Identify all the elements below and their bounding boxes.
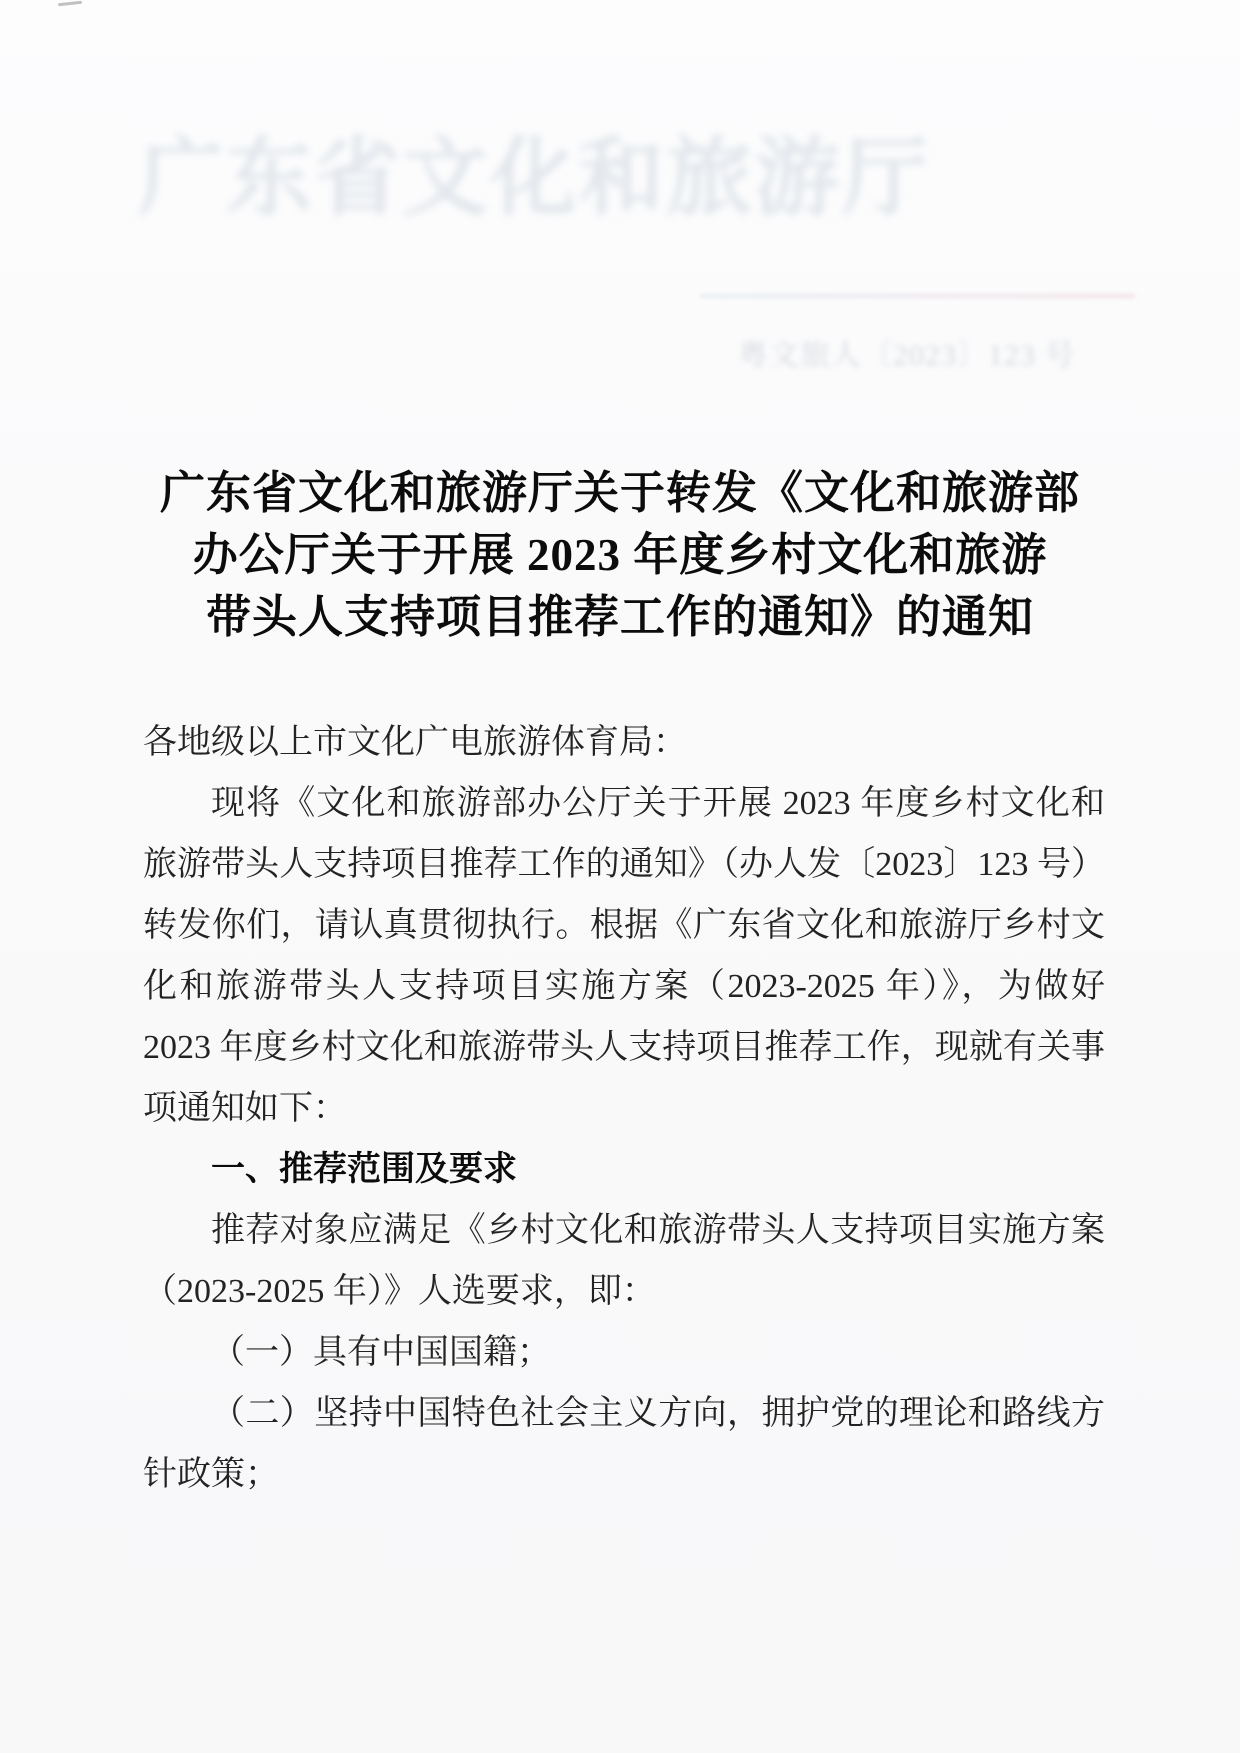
ghost-letterhead-rule (700, 294, 1135, 298)
document-title: 广东省文化和旅游厅关于转发《文化和旅游部 办公厅关于开展 2023 年度乡村文化… (0, 462, 1240, 648)
document-title-line-1: 广东省文化和旅游厅关于转发《文化和旅游部 (0, 462, 1240, 524)
document-title-line-3: 带头人支持项目推荐工作的通知》的通知 (0, 586, 1240, 648)
scanned-document-page: 广东省文化和旅游厅 粤文旅人〔2023〕123 号 广东省文化和旅游厅关于转发《… (0, 0, 1240, 1753)
ghost-letterhead-agency-name: 广东省文化和旅游厅 (138, 108, 948, 232)
requirement-item-2: （二）坚持中国特色社会主义方向，拥护党的理论和路线方针政策； (143, 1383, 1105, 1505)
paragraph-forwarding-notice: 现将《文化和旅游部办公厅关于开展 2023 年度乡村文化和旅游带头人支持项目推荐… (143, 773, 1105, 1139)
ghost-document-number: 粤文旅人〔2023〕123 号 (738, 330, 1076, 374)
document-body: 各地级以上市文化广电旅游体育局： 现将《文化和旅游部办公厅关于开展 2023 年… (143, 712, 1105, 1505)
paragraph-recommendation-scope: 推荐对象应满足《乡村文化和旅游带头人支持项目实施方案（2023-2025 年）》… (143, 1200, 1105, 1322)
document-title-line-2: 办公厅关于开展 2023 年度乡村文化和旅游 (0, 524, 1240, 586)
scan-artifact-mark (58, 1, 82, 6)
requirement-item-1: （一）具有中国国籍； (143, 1322, 1105, 1383)
section-1-heading: 一、推荐范围及要求 (143, 1139, 1105, 1200)
salutation-line: 各地级以上市文化广电旅游体育局： (143, 712, 1105, 773)
